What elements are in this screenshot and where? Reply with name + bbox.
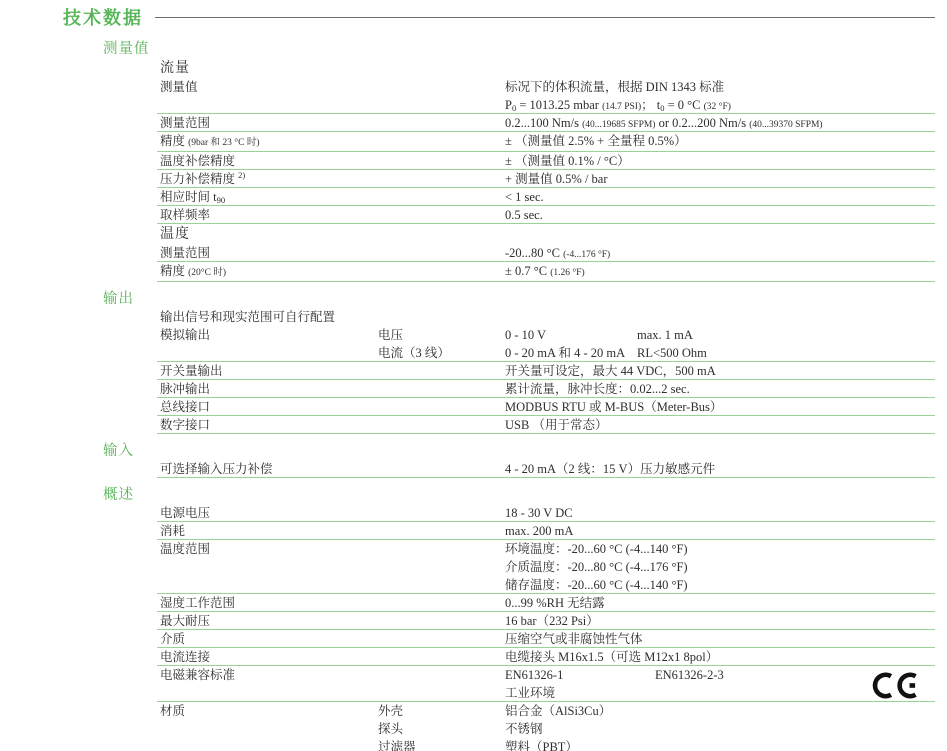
- row-lines: 4 - 20 mA（2 线：15 V）压力敏感元件: [378, 460, 935, 478]
- text-segment: = 1013.25 mbar: [516, 98, 602, 112]
- row-value: 标况下的体积流量，根据 DIN 1343 标准: [505, 78, 935, 96]
- value-line: 探头不锈钢: [378, 720, 935, 738]
- text-segment: (1.26 °F): [550, 268, 584, 278]
- row-value: 储存温度：-20...60 °C (-4...140 °F): [505, 576, 935, 594]
- mid-label: [378, 460, 505, 478]
- row-label: 电源电压: [160, 504, 378, 522]
- row-lines: ± （测量值 0.1% / °C）: [378, 152, 935, 170]
- text-segment: (40...19685 SFPM): [582, 120, 655, 130]
- value-line: 环境温度：-20...60 °C (-4...140 °F): [378, 540, 935, 558]
- text-segment: (14.7 PSI): [602, 102, 641, 112]
- value-line: 储存温度：-20...60 °C (-4...140 °F): [378, 576, 935, 594]
- row-value: < 1 sec.: [505, 188, 935, 206]
- row-lines: 开关量可设定，最大 44 VDC，500 mA: [378, 362, 935, 380]
- row-value: 0.2...100 Nm/s (40...19685 SFPM) or 0.2.…: [505, 114, 935, 132]
- text-segment: 外壳: [378, 704, 403, 718]
- text-segment: USB （用于常态）: [505, 418, 607, 432]
- row-lines: 16 bar（232 Psi）: [378, 612, 935, 630]
- spec-row: 电源电压18 - 30 V DC: [160, 504, 935, 522]
- row-lines: USB （用于常态）: [378, 416, 935, 434]
- mid-label: [378, 522, 505, 540]
- row-label: 输出信号和现实范围可自行配置: [160, 308, 378, 326]
- spec-row: 压力补偿精度 2)+ 测量值 0.5% / bar: [160, 170, 935, 188]
- spec-row: 电流连接电缆接头 M16x1.5（可选 M12x1 8pol）: [160, 648, 935, 666]
- row-lines: ± （测量值 2.5% + 全量程 0.5%）: [378, 132, 935, 152]
- row-lines: [378, 308, 935, 326]
- text-segment: 0 - 20 mA 和 4 - 20 mA: [505, 346, 625, 360]
- row-label: 可选择输入压力补偿: [160, 460, 378, 478]
- text-segment: 标况下的体积流量，根据 DIN 1343 标准: [505, 80, 724, 94]
- row-label: 压力补偿精度 2): [160, 170, 378, 188]
- text-segment: ； t: [641, 98, 660, 112]
- value-line: 4 - 20 mA（2 线：15 V）压力敏感元件: [378, 460, 935, 478]
- row-lines: max. 200 mA: [378, 522, 935, 540]
- value-line: -20...80 °C (-4...176 °F): [378, 244, 935, 262]
- row-lines: MODBUS RTU 或 M-BUS（Meter-Bus）: [378, 398, 935, 416]
- spec-row: 可选择输入压力补偿4 - 20 mA（2 线：15 V）压力敏感元件: [160, 460, 935, 478]
- spec-row: 温度范围环境温度：-20...60 °C (-4...140 °F)介质温度：-…: [160, 540, 935, 594]
- section-title: 概述: [103, 486, 947, 504]
- text-segment: 探头: [378, 722, 403, 736]
- row-value: ± （测量值 0.1% / °C）: [505, 152, 935, 170]
- spec-row: 模拟输出电压0 - 10 Vmax. 1 mA电流（3 线）0 - 20 mA …: [160, 326, 935, 362]
- row-label: 数字接口: [160, 416, 378, 434]
- group-subtitle: 温度: [160, 226, 947, 244]
- spec-row: 材质外壳铝合金（AlSi3Cu）探头不锈钢过滤器塑料（PBT）: [160, 702, 935, 751]
- text-segment: 开关量可设定，最大 44 VDC，500 mA: [505, 364, 716, 378]
- value-line: 0.5 sec.: [378, 206, 935, 224]
- text-segment: 压力补偿精度: [160, 172, 238, 186]
- spec-row: 消耗max. 200 mA: [160, 522, 935, 540]
- text-segment: 电源电压: [160, 506, 210, 520]
- mid-label: [378, 558, 505, 576]
- mid-label: 过滤器: [378, 738, 505, 751]
- row-value: 0 - 20 mA 和 4 - 20 mARL<500 Ohm: [505, 344, 935, 362]
- row-label: 温度补偿精度: [160, 152, 378, 170]
- text-segment: 4 - 20 mA（2 线：15 V）压力敏感元件: [505, 462, 715, 476]
- rows-group: 测量范围-20...80 °C (-4...176 °F)精度 (20°C 时)…: [160, 244, 935, 282]
- row-label: 测量值: [160, 78, 378, 114]
- spec-row: 取样频率0.5 sec.: [160, 206, 935, 224]
- value-line: + 测量值 0.5% / bar: [378, 170, 935, 188]
- row-label: 最大耐压: [160, 612, 378, 630]
- row-value: 0.5 sec.: [505, 206, 935, 224]
- text-segment: 湿度工作范围: [160, 596, 235, 610]
- value-line: P0 = 1013.25 mbar (14.7 PSI)； t0 = 0 °C …: [378, 96, 935, 114]
- rows-group: 测量值标况下的体积流量，根据 DIN 1343 标准P0 = 1013.25 m…: [160, 78, 935, 224]
- row-lines: 累计流量，脉冲长度：0.02...2 sec.: [378, 380, 935, 398]
- value-line: < 1 sec.: [378, 188, 935, 206]
- spec-row: 数字接口USB （用于常态）: [160, 416, 935, 434]
- text-segment: 过滤器: [378, 740, 416, 751]
- text-segment: 工业环境: [505, 686, 555, 700]
- row-lines: EN61326-1EN61326-2-3工业环境: [378, 666, 935, 702]
- mid-label: [378, 170, 505, 188]
- text-segment: 精度: [160, 134, 188, 148]
- row-label: 电流连接: [160, 648, 378, 666]
- text-segment: MODBUS RTU 或 M-BUS（Meter-Bus）: [505, 400, 722, 414]
- mid-label: [378, 96, 505, 114]
- mid-label: [378, 262, 505, 280]
- row-value: 塑料（PBT）: [505, 738, 935, 751]
- text-segment: ± 0.7 °C: [505, 264, 550, 278]
- text-segment: 不锈钢: [505, 722, 543, 736]
- row-lines: < 1 sec.: [378, 188, 935, 206]
- spec-row: 湿度工作范围0...99 %RH 无结露: [160, 594, 935, 612]
- text-segment: (40...39370 SFPM): [749, 120, 822, 130]
- spec-row: 电磁兼容标准EN61326-1EN61326-2-3工业环境: [160, 666, 935, 702]
- row-value: 不锈钢: [505, 720, 935, 738]
- row-value: 16 bar（232 Psi）: [505, 612, 935, 630]
- text-segment: 脉冲输出: [160, 382, 210, 396]
- mid-label: [378, 504, 505, 522]
- page-header: 技术数据: [0, 0, 947, 28]
- row-lines: 18 - 30 V DC: [378, 504, 935, 522]
- row-value: 4 - 20 mA（2 线：15 V）压力敏感元件: [505, 460, 935, 478]
- spec-row: 介质压缩空气或非腐蚀性气体: [160, 630, 935, 648]
- section-title: 输出: [103, 290, 947, 308]
- text-segment: 消耗: [160, 524, 185, 538]
- text-segment: 电流连接: [160, 650, 210, 664]
- mid-label: [378, 188, 505, 206]
- text-segment: 开关量输出: [160, 364, 223, 378]
- mid-label: [378, 416, 505, 434]
- row-lines: 0...99 %RH 无结露: [378, 594, 935, 612]
- row-label: 脉冲输出: [160, 380, 378, 398]
- text-segment: (-4...176 °F): [563, 250, 610, 260]
- text-segment: max. 200 mA: [505, 524, 573, 538]
- value-line: MODBUS RTU 或 M-BUS（Meter-Bus）: [378, 398, 935, 416]
- section: 概述电源电压18 - 30 V DC消耗max. 200 mA温度范围环境温度：…: [0, 486, 947, 751]
- spec-row: 开关量输出开关量可设定，最大 44 VDC，500 mA: [160, 362, 935, 380]
- spec-row: 精度 (9bar 和 23 °C 时)± （测量值 2.5% + 全量程 0.5…: [160, 132, 935, 152]
- spec-row: 精度 (20°C 时)± 0.7 °C (1.26 °F): [160, 262, 935, 282]
- group-subtitle: 流量: [160, 60, 947, 78]
- row-label: 相应时间 t90: [160, 188, 378, 206]
- row-value: ± （测量值 2.5% + 全量程 0.5%）: [505, 132, 935, 150]
- row-label: 模拟输出: [160, 326, 378, 362]
- row-label: 测量范围: [160, 244, 378, 262]
- text-segment: 电磁兼容标准: [160, 668, 235, 682]
- row-value: 压缩空气或非腐蚀性气体: [505, 630, 935, 648]
- text-segment: or 0.2...200 Nm/s: [655, 116, 749, 130]
- spec-row: 测量范围0.2...100 Nm/s (40...19685 SFPM) or …: [160, 114, 935, 132]
- spec-row: 测量值标况下的体积流量，根据 DIN 1343 标准P0 = 1013.25 m…: [160, 78, 935, 114]
- value-line: 累计流量，脉冲长度：0.02...2 sec.: [378, 380, 935, 398]
- mid-label: [378, 206, 505, 224]
- row-value: 介质温度：-20...80 °C (-4...176 °F): [505, 558, 935, 576]
- row-value: 0...99 %RH 无结露: [505, 594, 935, 612]
- text-segment: 0.5 sec.: [505, 208, 543, 222]
- text-segment: < 1 sec.: [505, 190, 544, 204]
- mid-label: [378, 576, 505, 594]
- text-segment: (20°C 时): [188, 268, 226, 278]
- value-line: EN61326-1EN61326-2-3: [378, 666, 935, 684]
- text-segment: 模拟输出: [160, 328, 210, 342]
- value-line: max. 200 mA: [378, 522, 935, 540]
- row-label: 电磁兼容标准: [160, 666, 378, 702]
- value-line: ± （测量值 2.5% + 全量程 0.5%）: [378, 132, 935, 150]
- text-segment: 取样频率: [160, 208, 210, 222]
- row-value: P0 = 1013.25 mbar (14.7 PSI)； t0 = 0 °C …: [505, 96, 935, 114]
- text-segment: RL<500 Ohm: [637, 344, 707, 362]
- text-segment: = 0 °C: [664, 98, 703, 112]
- text-segment: 18 - 30 V DC: [505, 506, 573, 520]
- value-line: 外壳铝合金（AlSi3Cu）: [378, 702, 935, 720]
- row-lines: 0.5 sec.: [378, 206, 935, 224]
- text-segment: 可选择输入压力补偿: [160, 462, 273, 476]
- text-segment: 最大耐压: [160, 614, 210, 628]
- mid-label: 探头: [378, 720, 505, 738]
- text-segment: EN61326-2-3: [655, 666, 724, 684]
- text-segment: 温度补偿精度: [160, 154, 235, 168]
- row-label: 总线接口: [160, 398, 378, 416]
- text-segment: 数字接口: [160, 418, 210, 432]
- row-lines: 环境温度：-20...60 °C (-4...140 °F)介质温度：-20..…: [378, 540, 935, 594]
- value-line: 16 bar（232 Psi）: [378, 612, 935, 630]
- text-segment: 输出信号和现实范围可自行配置: [160, 310, 335, 324]
- mid-label: [378, 244, 505, 262]
- value-line: 电缆接头 M16x1.5（可选 M12x1 8pol）: [378, 648, 935, 666]
- row-value: 累计流量，脉冲长度：0.02...2 sec.: [505, 380, 935, 398]
- text-segment: P: [505, 98, 512, 112]
- row-value: 电缆接头 M16x1.5（可选 M12x1 8pol）: [505, 648, 935, 666]
- text-segment: ± （测量值 2.5% + 全量程 0.5%）: [505, 134, 687, 148]
- row-label: 取样频率: [160, 206, 378, 224]
- value-line: 压缩空气或非腐蚀性气体: [378, 630, 935, 648]
- text-segment: 精度: [160, 264, 188, 278]
- text-segment: (32 °F): [704, 102, 731, 112]
- superscript-text: 2): [238, 170, 245, 180]
- text-segment: 材质: [160, 704, 185, 718]
- mid-label: 外壳: [378, 702, 505, 720]
- text-segment: 0 - 10 V: [505, 328, 546, 342]
- row-value: 18 - 30 V DC: [505, 504, 935, 522]
- rows-group: 可选择输入压力补偿4 - 20 mA（2 线：15 V）压力敏感元件: [160, 460, 935, 478]
- subscript-text: 90: [217, 195, 226, 205]
- text-segment: 介质: [160, 632, 185, 646]
- text-segment: 电缆接头 M16x1.5（可选 M12x1 8pol）: [505, 650, 718, 664]
- row-label: 消耗: [160, 522, 378, 540]
- row-value: + 测量值 0.5% / bar: [505, 170, 935, 188]
- text-segment: -20...80 °C: [505, 246, 563, 260]
- spec-row: 测量范围-20...80 °C (-4...176 °F): [160, 244, 935, 262]
- row-label: 测量范围: [160, 114, 378, 132]
- text-segment: 相应时间 t: [160, 190, 217, 204]
- ce-mark-icon: [871, 669, 923, 702]
- row-value: -20...80 °C (-4...176 °F): [505, 244, 935, 262]
- spec-row: 相应时间 t90< 1 sec.: [160, 188, 935, 206]
- spec-row: 输出信号和现实范围可自行配置: [160, 308, 935, 326]
- section: 测量值流量测量值标况下的体积流量，根据 DIN 1343 标准P0 = 1013…: [0, 40, 947, 282]
- value-line: 标况下的体积流量，根据 DIN 1343 标准: [378, 78, 935, 96]
- spec-row: 温度补偿精度± （测量值 0.1% / °C）: [160, 152, 935, 170]
- row-value: 0 - 10 Vmax. 1 mA: [505, 326, 935, 344]
- value-line: 18 - 30 V DC: [378, 504, 935, 522]
- row-lines: ± 0.7 °C (1.26 °F): [378, 262, 935, 282]
- text-segment: 总线接口: [160, 400, 210, 414]
- value-line: 过滤器塑料（PBT）: [378, 738, 935, 751]
- row-value: USB （用于常态）: [505, 416, 935, 434]
- value-line: 开关量可设定，最大 44 VDC，500 mA: [378, 362, 935, 380]
- row-lines: 电压0 - 10 Vmax. 1 mA电流（3 线）0 - 20 mA 和 4 …: [378, 326, 935, 362]
- row-lines: 压缩空气或非腐蚀性气体: [378, 630, 935, 648]
- mid-label: [378, 398, 505, 416]
- row-lines: 电缆接头 M16x1.5（可选 M12x1 8pol）: [378, 648, 935, 666]
- text-segment: 塑料（PBT）: [505, 740, 578, 751]
- row-lines: -20...80 °C (-4...176 °F): [378, 244, 935, 262]
- mid-label: [378, 152, 505, 170]
- text-segment: ± （测量值 0.1% / °C）: [505, 154, 630, 168]
- row-label: 开关量输出: [160, 362, 378, 380]
- mid-label: 电压: [378, 326, 505, 344]
- row-label: 介质: [160, 630, 378, 648]
- text-segment: (9bar 和 23 °C 时): [188, 138, 259, 148]
- row-value: 环境温度：-20...60 °C (-4...140 °F): [505, 540, 935, 558]
- value-line: ± （测量值 0.1% / °C）: [378, 152, 935, 170]
- value-line: USB （用于常态）: [378, 416, 935, 434]
- row-label: 精度 (20°C 时): [160, 262, 378, 282]
- text-segment: 电压: [378, 328, 403, 342]
- section-title: 输入: [103, 442, 947, 460]
- section-title: 测量值: [103, 40, 947, 58]
- mid-label: [378, 540, 505, 558]
- text-segment: 介质温度：-20...80 °C (-4...176 °F): [505, 560, 688, 574]
- mid-label: [378, 114, 505, 132]
- text-segment: 温度范围: [160, 542, 210, 556]
- row-lines: 标况下的体积流量，根据 DIN 1343 标准P0 = 1013.25 mbar…: [378, 78, 935, 114]
- header-rule: [155, 17, 935, 18]
- text-segment: 0.2...100 Nm/s: [505, 116, 582, 130]
- value-line: 工业环境: [378, 684, 935, 702]
- row-label: 温度范围: [160, 540, 378, 594]
- row-label: 材质: [160, 702, 378, 751]
- spec-row: 脉冲输出累计流量，脉冲长度：0.02...2 sec.: [160, 380, 935, 398]
- value-line: 0...99 %RH 无结露: [378, 594, 935, 612]
- section: 输入可选择输入压力补偿4 - 20 mA（2 线：15 V）压力敏感元件: [0, 442, 947, 478]
- mid-label: [378, 684, 505, 702]
- value-line: 介质温度：-20...80 °C (-4...176 °F): [378, 558, 935, 576]
- row-value: max. 200 mA: [505, 522, 935, 540]
- text-segment: max. 1 mA: [637, 326, 693, 344]
- text-segment: 铝合金（AlSi3Cu）: [505, 704, 611, 718]
- text-segment: 测量范围: [160, 246, 210, 260]
- text-segment: 环境温度：-20...60 °C (-4...140 °F): [505, 542, 688, 556]
- text-segment: 累计流量，脉冲长度：0.02...2 sec.: [505, 382, 690, 396]
- text-segment: 压缩空气或非腐蚀性气体: [505, 632, 643, 646]
- text-segment: 16 bar（232 Psi）: [505, 614, 599, 628]
- rows-group: 电源电压18 - 30 V DC消耗max. 200 mA温度范围环境温度：-2…: [160, 504, 935, 751]
- mid-label: [378, 78, 505, 96]
- text-segment: 0...99 %RH 无结露: [505, 596, 605, 610]
- spec-row: 最大耐压16 bar（232 Psi）: [160, 612, 935, 630]
- row-label: 湿度工作范围: [160, 594, 378, 612]
- mid-label: [378, 380, 505, 398]
- section: 输出输出信号和现实范围可自行配置模拟输出电压0 - 10 Vmax. 1 mA电…: [0, 290, 947, 434]
- mid-label: 电流（3 线）: [378, 344, 505, 362]
- row-value: 开关量可设定，最大 44 VDC，500 mA: [505, 362, 935, 380]
- row-value: 铝合金（AlSi3Cu）: [505, 702, 935, 720]
- mid-label: [378, 612, 505, 630]
- page-title: 技术数据: [63, 4, 143, 30]
- rows-group: 输出信号和现实范围可自行配置模拟输出电压0 - 10 Vmax. 1 mA电流（…: [160, 308, 935, 434]
- text-segment: 测量范围: [160, 116, 210, 130]
- row-value: ± 0.7 °C (1.26 °F): [505, 262, 935, 280]
- text-segment: 储存温度：-20...60 °C (-4...140 °F): [505, 578, 688, 592]
- text-segment: EN61326-1: [505, 668, 563, 682]
- mid-label: [378, 630, 505, 648]
- value-line: 0.2...100 Nm/s (40...19685 SFPM) or 0.2.…: [378, 114, 935, 132]
- sections: 测量值流量测量值标况下的体积流量，根据 DIN 1343 标准P0 = 1013…: [0, 40, 947, 751]
- value-line: 电压0 - 10 Vmax. 1 mA: [378, 326, 935, 344]
- mid-label: [378, 594, 505, 612]
- mid-label: [378, 132, 505, 150]
- text-segment: 电流（3 线）: [378, 346, 450, 360]
- datasheet-page: 技术数据 测量值流量测量值标况下的体积流量，根据 DIN 1343 标准P0 =…: [0, 0, 947, 751]
- mid-label: [378, 666, 505, 684]
- mid-label: [378, 648, 505, 666]
- spec-row: 总线接口MODBUS RTU 或 M-BUS（Meter-Bus）: [160, 398, 935, 416]
- row-lines: 外壳铝合金（AlSi3Cu）探头不锈钢过滤器塑料（PBT）: [378, 702, 935, 751]
- mid-label: [378, 362, 505, 380]
- row-lines: + 测量值 0.5% / bar: [378, 170, 935, 188]
- row-label: 精度 (9bar 和 23 °C 时): [160, 132, 378, 152]
- value-line: 电流（3 线）0 - 20 mA 和 4 - 20 mARL<500 Ohm: [378, 344, 935, 362]
- value-line: ± 0.7 °C (1.26 °F): [378, 262, 935, 280]
- text-segment: 测量值: [160, 80, 198, 94]
- row-value: MODBUS RTU 或 M-BUS（Meter-Bus）: [505, 398, 935, 416]
- text-segment: + 测量值 0.5% / bar: [505, 172, 608, 186]
- row-lines: 0.2...100 Nm/s (40...19685 SFPM) or 0.2.…: [378, 114, 935, 132]
